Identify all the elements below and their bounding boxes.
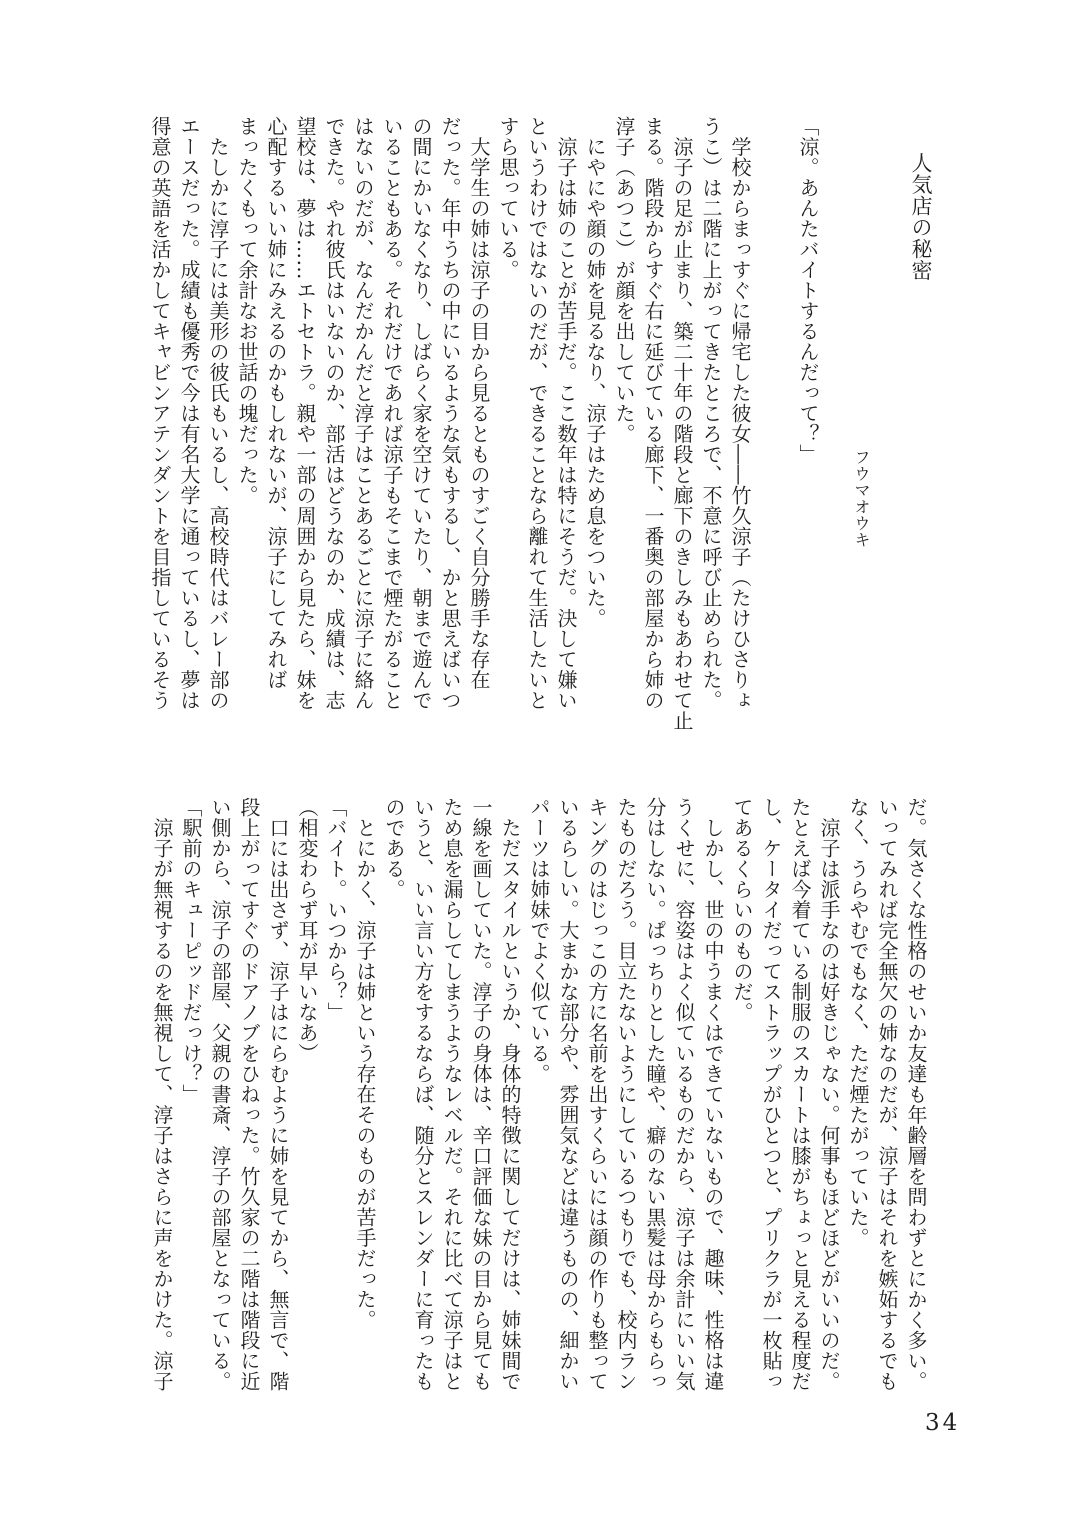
text-column: まる。階段からすぐ右に延びている廊下、一番奥の部屋から姉の: [638, 116, 667, 734]
text-column: のである。: [379, 797, 408, 1422]
author-name: フウマオウキ: [851, 449, 871, 548]
text-column: 「駅前のキューピッドだっけ？」: [176, 797, 205, 1422]
text-column: 得意の英語を活かしてキャビンアテンダントを目指しているそう: [145, 116, 174, 734]
text-column: 分はしない。ぱっちりとした瞳や、癖のない黒髪は母からもらっ: [640, 797, 669, 1422]
text-column: 「バイト。いつから？」: [321, 797, 350, 1422]
text-column: まったくもって余計なお世話の塊だった。: [232, 116, 261, 734]
text-column: たしかに淳子には美形の彼氏もいるし、高校時代はバレー部の: [203, 116, 232, 734]
text-column: なく、うらやむでもなく、ただ煙たがっていた。: [843, 797, 872, 1422]
scanned-novel-page: 人気店の秘密 フウマオウキ 「涼。あんたバイトするんだって？」 学校からまっすぐ…: [0, 0, 1075, 1518]
text-column: 涼子が無視するのを無視して、淳子はさらに声をかけた。涼子: [147, 797, 176, 1422]
text-column: （相変わらず耳が早いなあ）: [292, 797, 321, 1422]
text-column: 淳子（あつこ）が顔を出していた。: [609, 116, 638, 734]
text-column: エースだった。成績も優秀で今は有名大学に通っているし、夢は: [174, 116, 203, 734]
text-column: てあるくらいのものだ。: [727, 797, 756, 1422]
text-column: 涼子は派手なのは好きじゃない。何事もほどほどがいいのだ。: [814, 797, 843, 1422]
text-column: 「涼。あんたバイトするんだって？」: [793, 116, 822, 734]
text-column: ため息を漏らしてしまうようなレベルだ。それに比べて涼子はと: [437, 797, 466, 1422]
text-column: たとえば今着ている制服のスカートは膝がちょっと見える程度だ: [785, 797, 814, 1422]
story-text-bottom-block: だ。気さくな性格のせいか友達も年齢層を問わずとにかく多い。いってみれば完全無欠の…: [147, 797, 930, 1422]
text-column: ただスタイルというか、身体的特徴に関してだけは、姉妹間で: [495, 797, 524, 1422]
text-column: とにかく、涼子は姉という存在そのものが苦手だった。: [350, 797, 379, 1422]
text-column: うくせに、容姿はよく似ているものだから、涼子は余計にいい気: [669, 797, 698, 1422]
text-column: にやにや顔の姉を見るなり、涼子はため息をついた。: [580, 116, 609, 734]
text-column: 学校からまっすぐに帰宅した彼女――竹久涼子（たけひさりょ: [725, 116, 754, 734]
text-column: 段上がってすぐのドアノブをひねった。竹久家の二階は階段に近: [234, 797, 263, 1422]
text-column: 大学生の姉は涼子の目から見るとものすごく自分勝手な存在: [464, 116, 493, 734]
text-column: 口には出さず、涼子はにらむように姉を見てから、無言で、階: [263, 797, 292, 1422]
text-column: できた。やれ彼氏はいないのか、部活はどうなのか、成績は、志: [319, 116, 348, 734]
text-column: 心配するいい姉にみえるのかもしれないが、涼子にしてみれば: [261, 116, 290, 734]
text-column: はないのだが、なんだかんだと淳子はことあるごとに涼子に絡ん: [348, 116, 377, 734]
page-title: 人気店の秘密: [907, 152, 934, 281]
text-column: 涼子の足が止まり、築二十年の階段と廊下のきしみもあわせて止: [667, 116, 696, 734]
text-column: い側から、涼子の部屋、父親の書斎、淳子の部屋となっている。: [205, 797, 234, 1422]
text-column: しかし、世の中うまくはできていないもので、趣味、性格は違: [698, 797, 727, 1422]
text-column: し、ケータイだってストラップがひとつと、プリクラが一枚貼っ: [756, 797, 785, 1422]
text-column: うこ）は二階に上がってきたところで、不意に呼び止められた。: [696, 116, 725, 734]
text-column: いるらしい。大まかな部分や、雰囲気などは違うものの、細かい: [553, 797, 582, 1422]
text-column: だった。年中うちの中にいるような気もするし、かと思えばいつ: [435, 116, 464, 734]
story-text-top-block: 「涼。あんたバイトするんだって？」 学校からまっすぐに帰宅した彼女――竹久涼子（…: [145, 116, 822, 734]
text-column: 望校は、夢は……エトセトラ。親や一部の周囲から見たら、妹を: [290, 116, 319, 734]
text-column: いることもある。それだけであれば涼子もそこまで煙たがること: [377, 116, 406, 734]
text-column: すら思っている。: [493, 116, 522, 734]
text-column: いうと、いい言い方をするならば、随分とスレンダーに育ったも: [408, 797, 437, 1422]
text-column: というわけではないのだが、できることなら離れて生活したいと: [522, 116, 551, 734]
page-number: 34: [925, 1410, 960, 1436]
text-column: パーツは姉妹でよく似ている。: [524, 797, 553, 1422]
text-column: たものだろう。目立たないようにしているつもりでも、校内ラン: [611, 797, 640, 1422]
text-column: キングのはじっこの方に名前を出すくらいには顔の作りも整って: [582, 797, 611, 1422]
text-column: いってみれば完全無欠の姉なのだが、涼子はそれを嫉妬するでも: [872, 797, 901, 1422]
text-column: 一線を画していた。淳子の身体は、辛口評価な妹の目から見ても: [466, 797, 495, 1422]
text-column: の間にかいなくなり、しばらく家を空けていたり、朝まで遊んで: [406, 116, 435, 734]
text-column: 涼子は姉のことが苦手だ。ここ数年は特にそうだ。決して嫌い: [551, 116, 580, 734]
text-column: だ。気さくな性格のせいか友達も年齢層を問わずとにかく多い。: [901, 797, 930, 1422]
